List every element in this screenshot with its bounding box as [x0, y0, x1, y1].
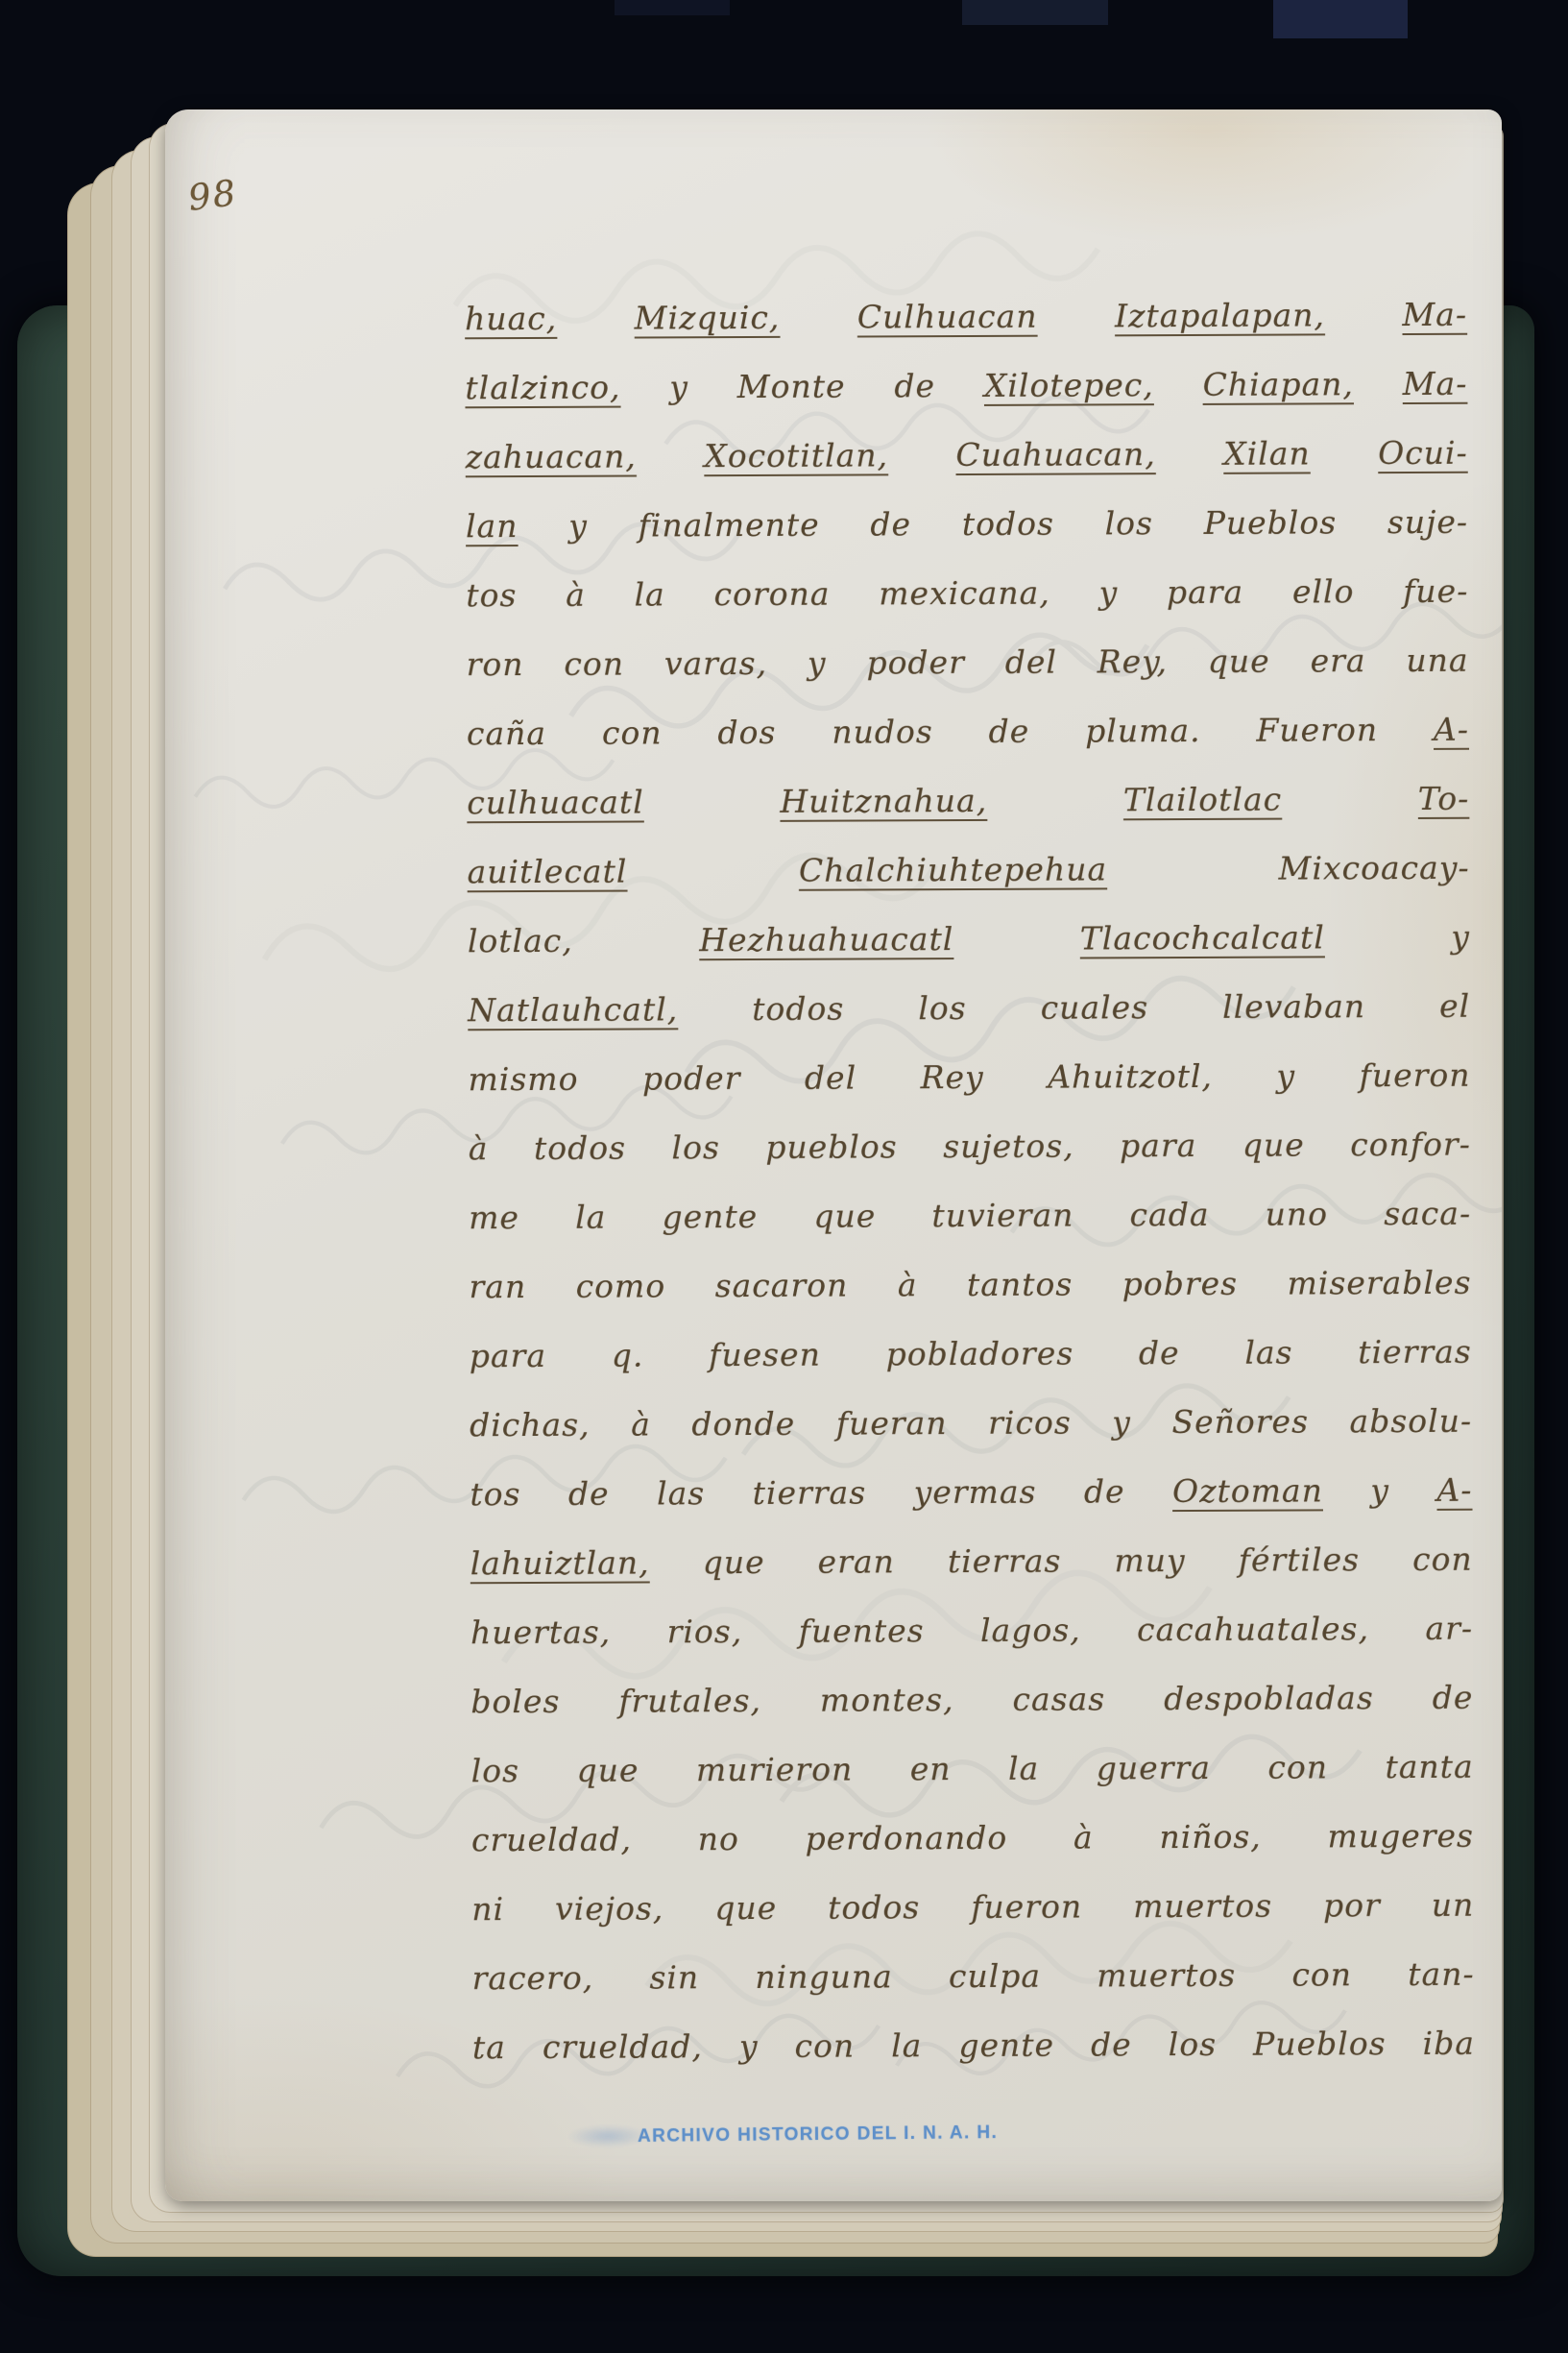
manuscript-line: racero, sin ninguna culpa muertos con ta…	[471, 1940, 1474, 2014]
manuscript-line: ron con varas, y poder del Rey, que era …	[466, 626, 1468, 700]
page-number: 98	[186, 172, 240, 219]
manuscript-line: ran como sacaron à tantos pobres miserab…	[469, 1249, 1471, 1322]
manuscript-line: los que murieron en la guerra con tanta	[471, 1733, 1474, 1807]
manuscript-line: zahuacan, Xocotitlan, Cuahuacan, Xilan O…	[466, 419, 1468, 493]
manuscript-line: Natlauhcatl, todos los cuales llevaban e…	[468, 972, 1470, 1046]
manuscript-line: huertas, rios, fuentes lagos, cacahuatal…	[470, 1594, 1473, 1668]
manuscript-line: ni viejos, que todos fueron muertos por …	[471, 1871, 1474, 1945]
manuscript-line: lan y finalmente de todos los Pueblos su…	[466, 488, 1468, 562]
manuscript-line: mismo poder del Rey Ahuitzotl, y fueron	[468, 1041, 1470, 1115]
manuscript-line: dichas, à donde fueran ricos y Señores a…	[470, 1387, 1472, 1461]
manuscript-line: tos de las tierras yermas de Oztoman y A…	[470, 1456, 1472, 1530]
photographed-manuscript-page: 98 huac, Mizquic, Culhuacan Iztapalapan,…	[0, 0, 1568, 2353]
manuscript-line: para q. fuesen pobladores de las tierras	[470, 1318, 1472, 1392]
manuscript-line: boles frutales, montes, casas despoblada…	[470, 1663, 1473, 1737]
manuscript-line: me la gente que tuvieran cada uno saca-	[469, 1179, 1471, 1253]
manuscript-line: huac, Mizquic, Culhuacan Iztapalapan, Ma…	[465, 280, 1467, 354]
manuscript-line: auitlecatl Chalchiuhtepehua Mixcoacay-	[467, 834, 1469, 908]
manuscript-line: caña con dos nudos de pluma. Fueron A-	[467, 695, 1469, 769]
manuscript-text: huac, Mizquic, Culhuacan Iztapalapan, Ma…	[465, 280, 1475, 2083]
background-artifact	[615, 0, 730, 15]
manuscript-line: ta crueldad, y con la gente de los Puebl…	[472, 2009, 1475, 2083]
background-artifact	[1273, 0, 1408, 38]
manuscript-line: à todos los pueblos sujetos, para que co…	[469, 1110, 1471, 1184]
background-artifact	[962, 0, 1108, 25]
manuscript-line: culhuacatl Huitznahua, Tlailotlac To-	[467, 764, 1469, 838]
archive-stamp: ARCHIVO HISTORICO DEL I. N. A. H.	[638, 2123, 998, 2147]
manuscript-line: lahuiztlan, que eran tierras muy fértile…	[470, 1525, 1473, 1599]
manuscript-line: crueldad, no perdonando à niños, mugeres	[471, 1802, 1474, 1876]
manuscript-line: tlalzinco, y Monte de Xilotepec, Chiapan…	[465, 350, 1467, 424]
manuscript-line: lotlac, Hezhuahuacatl Tlacochcalcatl y	[468, 903, 1470, 977]
manuscript-line: tos à la corona mexicana, y para ello fu…	[466, 557, 1468, 631]
